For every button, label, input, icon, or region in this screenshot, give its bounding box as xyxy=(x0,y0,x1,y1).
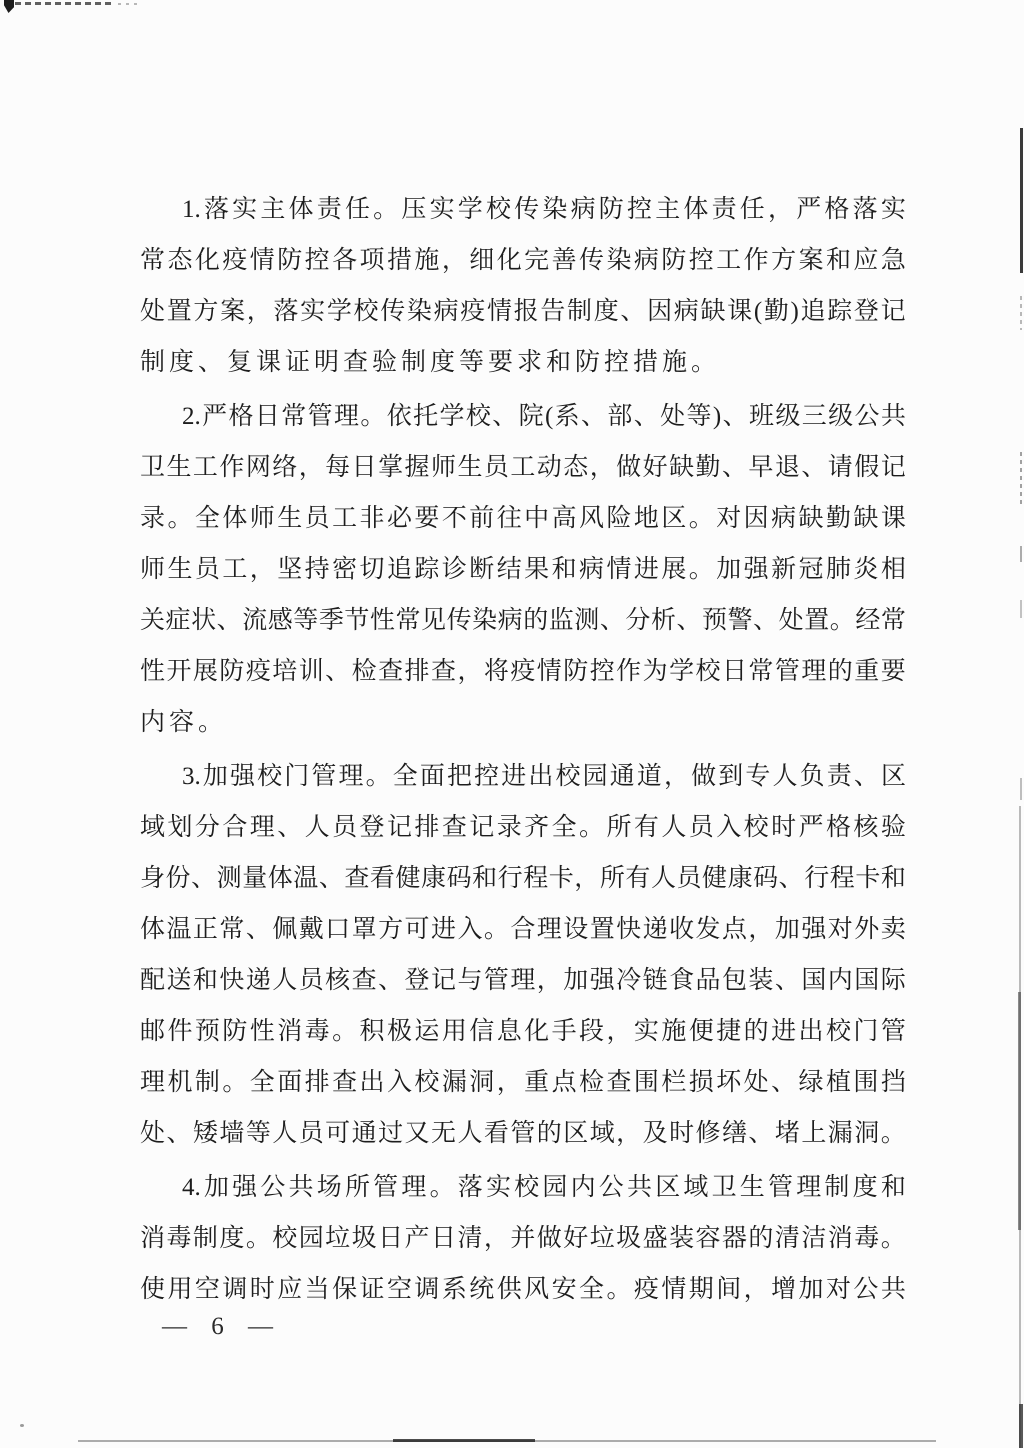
scan-mark-right-edge-dash xyxy=(1020,296,1022,330)
scan-mark-right-edge-dash xyxy=(1020,452,1022,508)
scan-mark-top-dashed-line xyxy=(15,2,113,5)
text-line: 使用空调时应当保证空调系统供风安全。疫情期间，增加对公共 xyxy=(140,1264,906,1315)
scan-mark-right-edge-dash xyxy=(1020,600,1022,618)
text-line: 录。全体师生员工非必要不前往中高风险地区。对因病缺勤缺课 xyxy=(140,493,906,544)
text-line: 体温正常、佩戴口罩方可进入。合理设置快递收发点，加强对外卖 xyxy=(140,904,906,955)
text-line: 3.加强校门管理。全面把控进出校园通道，做到专人负责、区 xyxy=(140,751,906,802)
text-line: 配送和快递人员核查、登记与管理，加强冷链食品包装、国内国际 xyxy=(140,955,906,1006)
document-body: 1.落实主体责任。压实学校传染病防控主体责任，严格落实常态化疫情防控各项措施，细… xyxy=(140,184,906,1315)
text-line: 理机制。全面排查出入校漏洞，重点检查围栏损坏处、绿植围挡 xyxy=(140,1057,906,1108)
text-line: 1.落实主体责任。压实学校传染病防控主体责任，严格落实 xyxy=(140,184,906,235)
text-line: 邮件预防性消毒。积极运用信息化手段，实施便捷的进出校门管 xyxy=(140,1006,906,1057)
paragraph: 2.严格日常管理。依托学校、院(系、部、处等)、班级三级公共卫生工作网络，每日掌… xyxy=(140,391,906,748)
text-line: 4.加强公共场所管理。落实校园内公共区域卫生管理制度和 xyxy=(140,1162,906,1213)
scan-mark-right-bottom xyxy=(1019,1404,1023,1448)
scan-mark-right-edge-dash xyxy=(1020,546,1022,562)
text-line: 关症状、流感等季节性常见传染病的监测、分析、预警、处置。经常 xyxy=(140,595,906,646)
scan-mark-right-edge-solid xyxy=(1020,128,1023,273)
scanned-document-page: 1.落实主体责任。压实学校传染病防控主体责任，严格落实常态化疫情防控各项措施，细… xyxy=(0,0,1024,1448)
scan-mark-top-left-wedge xyxy=(4,0,14,13)
text-line: 内容。 xyxy=(140,697,906,748)
scan-mark-bottom-speck xyxy=(20,1424,24,1427)
text-line: 处置方案，落实学校传染病疫情报告制度、因病缺课(勤)追踪登记 xyxy=(140,286,906,337)
text-line: 卫生工作网络，每日掌握师生员工动态，做好缺勤、早退、请假记 xyxy=(140,442,906,493)
text-line: 身份、测量体温、查看健康码和行程卡，所有人员健康码、行程卡和 xyxy=(140,853,906,904)
text-line: 性开展防疫培训、检查排查，将疫情防控作为学校日常管理的重要 xyxy=(140,646,906,697)
paragraph: 4.加强公共场所管理。落实校园内公共区域卫生管理制度和消毒制度。校园垃圾日产日清… xyxy=(140,1162,906,1315)
text-line: 制度、复课证明查验制度等要求和防控措施。 xyxy=(140,337,906,388)
text-line: 处、矮墙等人员可通过又无人看管的区域，及时修缮、堵上漏洞。 xyxy=(140,1108,906,1159)
text-line: 消毒制度。校园垃圾日产日清，并做好垃圾盛装容器的清洁消毒。 xyxy=(140,1213,906,1264)
scan-mark-right-edge-dash xyxy=(1020,778,1022,800)
scan-mark-bottom-line xyxy=(78,1440,936,1442)
paragraph: 1.落实主体责任。压实学校传染病防控主体责任，严格落实常态化疫情防控各项措施，细… xyxy=(140,184,906,388)
text-line: 域划分合理、人员登记排查记录齐全。所有人员入校时严格核验 xyxy=(140,802,906,853)
scan-mark-bottom-line-dark xyxy=(393,1439,535,1442)
text-line: 师生员工，坚持密切追踪诊断结果和病情进展。加强新冠肺炎相 xyxy=(140,544,906,595)
scan-mark-right-edge-line xyxy=(1019,806,1021,1448)
page-number: — 6 — xyxy=(162,1312,273,1342)
text-line: 2.严格日常管理。依托学校、院(系、部、处等)、班级三级公共 xyxy=(140,391,906,442)
paragraph: 3.加强校门管理。全面把控进出校园通道，做到专人负责、区域划分合理、人员登记排查… xyxy=(140,751,906,1159)
scan-mark-right-edge-line-dark xyxy=(1018,992,1021,1230)
scan-mark-top-dashed-line-ext xyxy=(118,3,140,5)
text-line: 常态化疫情防控各项措施，细化完善传染病防控工作方案和应急 xyxy=(140,235,906,286)
